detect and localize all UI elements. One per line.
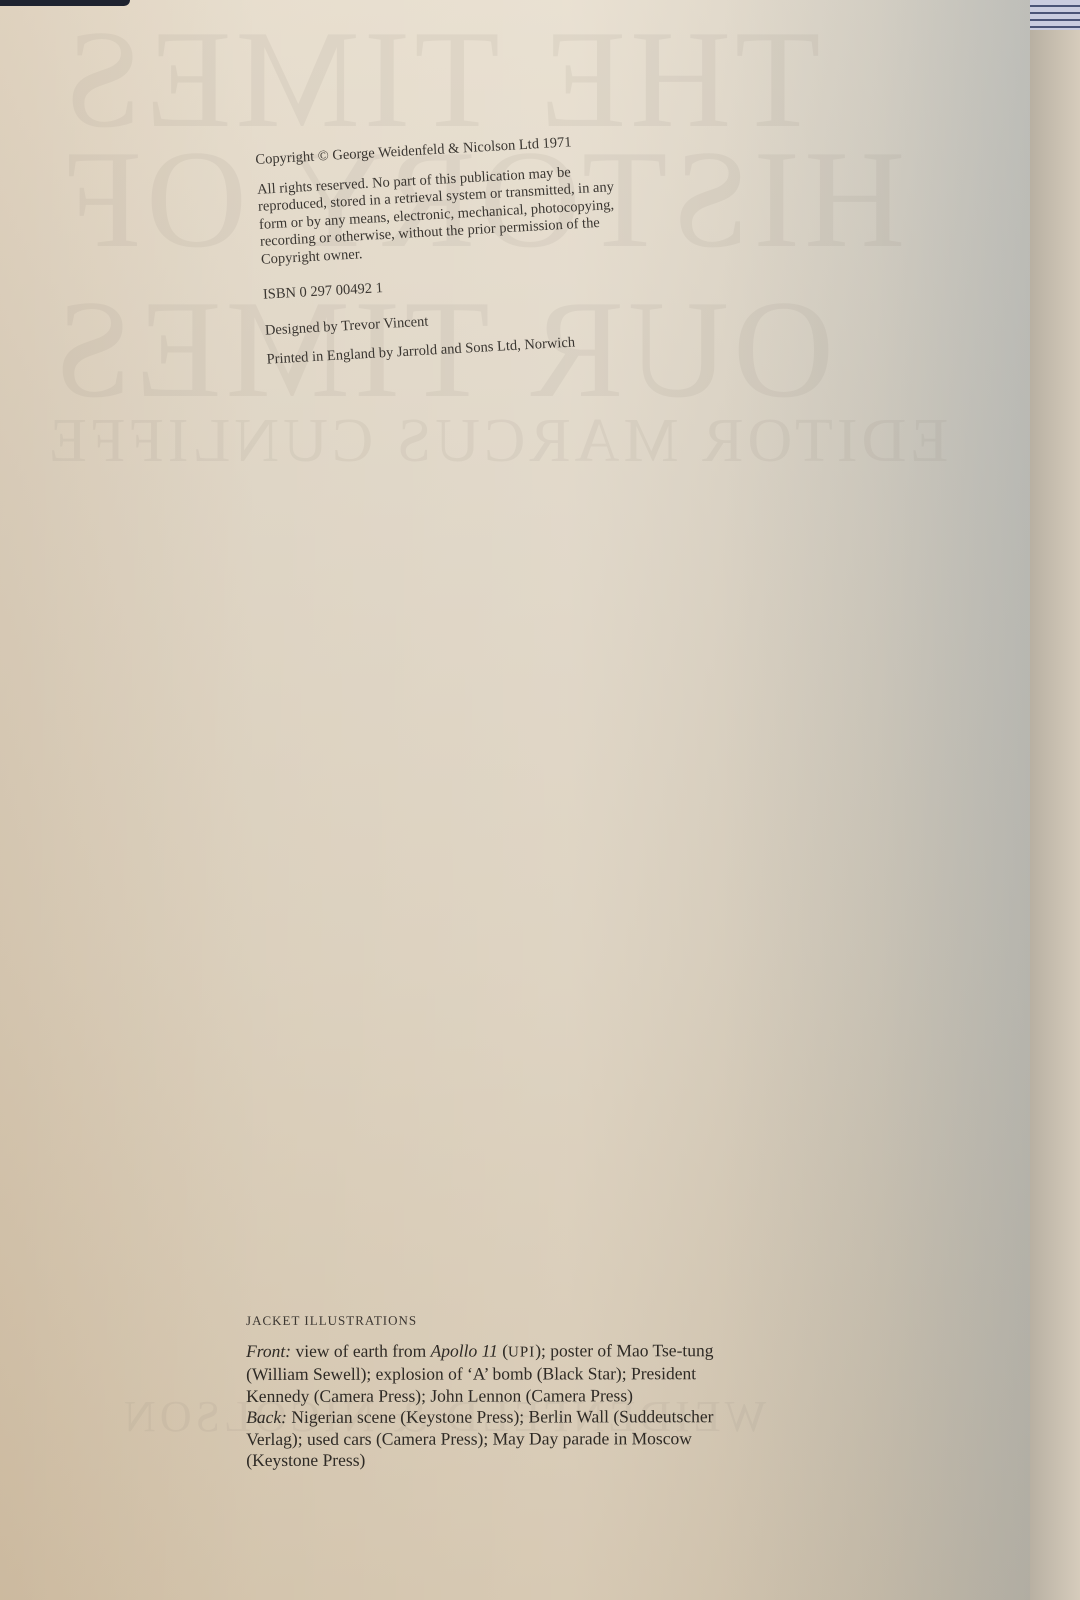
front-label: Front: [246, 1340, 291, 1360]
apollo-title: Apollo 11 [431, 1340, 498, 1360]
next-page-edge-top [1030, 0, 1080, 30]
jacket-front-credits: Front: view of earth from Apollo 11 (UPI… [246, 1340, 746, 1407]
jacket-illustrations: JACKET ILLUSTRATIONS Front: view of eart… [246, 1309, 746, 1471]
next-page-edge [1030, 30, 1080, 1600]
upi-credit: UPI [508, 1344, 535, 1360]
rights-statement: All rights reserved. No part of this pub… [257, 160, 641, 269]
copyright-block: Copyright © George Weidenfeld & Nicolson… [255, 131, 647, 381]
jacket-back-credits: Back: Nigerian scene (Keystone Press); B… [246, 1406, 746, 1471]
isbn: ISBN 0 297 00492 1 [263, 266, 643, 305]
jacket-heading: JACKET ILLUSTRATIONS [246, 1309, 746, 1331]
back-label: Back: [246, 1407, 287, 1427]
back-text: Nigerian scene (Keystone Press); Berlin … [246, 1406, 713, 1470]
background-edge [0, 0, 130, 6]
front-text-1: view of earth from [291, 1340, 431, 1360]
